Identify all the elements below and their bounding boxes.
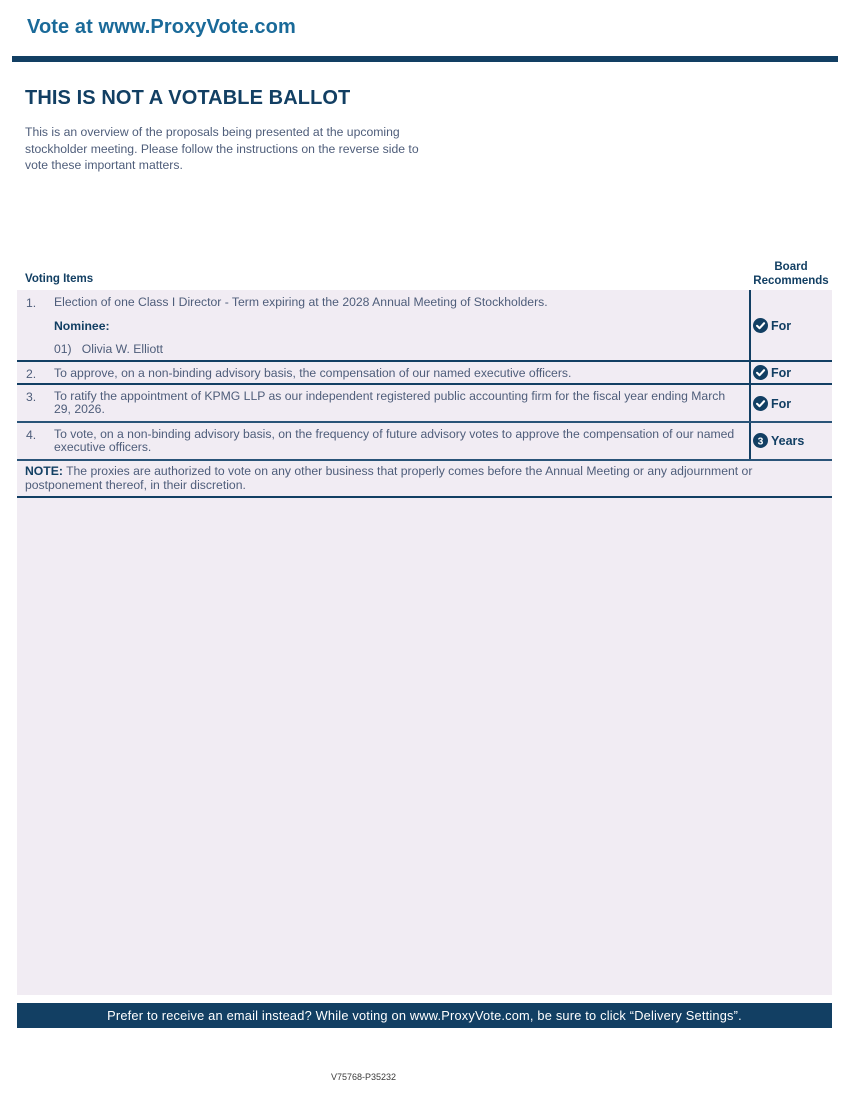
voting-items-header: Voting Items (25, 273, 93, 285)
recommendation-column-divider (749, 290, 751, 460)
item-number: 1. (26, 296, 36, 310)
row-divider (17, 360, 832, 362)
item-number: 2. (26, 367, 36, 381)
note-text: NOTE: The proxies are authorized to vote… (25, 464, 805, 492)
email-delivery-banner: Prefer to receive an email instead? Whil… (17, 1003, 832, 1028)
check-circle-icon (753, 365, 768, 380)
check-circle-icon (753, 318, 768, 333)
board-recommends-header: BoardRecommends (750, 261, 832, 288)
nominee-name: 01) Olivia W. Elliott (54, 343, 744, 356)
item-text: To vote, on a non-binding advisory basis… (54, 428, 744, 454)
item-number: 4. (26, 428, 36, 442)
table-bottom-rule (17, 496, 832, 498)
note-body: The proxies are authorized to vote on an… (25, 464, 752, 492)
row-divider (17, 421, 832, 423)
nominee-label: Nominee: (54, 319, 110, 333)
recommendation-for: For (753, 365, 791, 380)
recommendation-for: For (753, 318, 791, 333)
number-3-circle-icon: 3 (753, 433, 768, 448)
item-text: Election of one Class I Director - Term … (54, 296, 744, 309)
recommendation-years: 3 Years (753, 433, 804, 448)
svg-text:3: 3 (758, 436, 764, 447)
item-text: To ratify the appointment of KPMG LLP as… (54, 390, 744, 416)
row-divider (17, 383, 832, 385)
recommendation-for: For (753, 396, 791, 411)
page-title: THIS IS NOT A VOTABLE BALLOT (25, 87, 350, 110)
intro-text: This is an overview of the proposals bei… (25, 124, 425, 174)
note-label: NOTE: (25, 464, 63, 478)
item-number: 3. (26, 390, 36, 404)
vote-at-proxyvote-link[interactable]: Vote at www.ProxyVote.com (27, 16, 296, 39)
document-code: V75768-P35232 (331, 1072, 396, 1082)
recommendation-label: Years (771, 434, 804, 448)
recommendation-label: For (771, 319, 791, 333)
item-text: To approve, on a non-binding advisory ba… (54, 367, 744, 380)
header-rule (12, 56, 838, 62)
recommendation-label: For (771, 366, 791, 380)
recommendation-label: For (771, 397, 791, 411)
check-circle-icon (753, 396, 768, 411)
row-divider (17, 459, 832, 461)
